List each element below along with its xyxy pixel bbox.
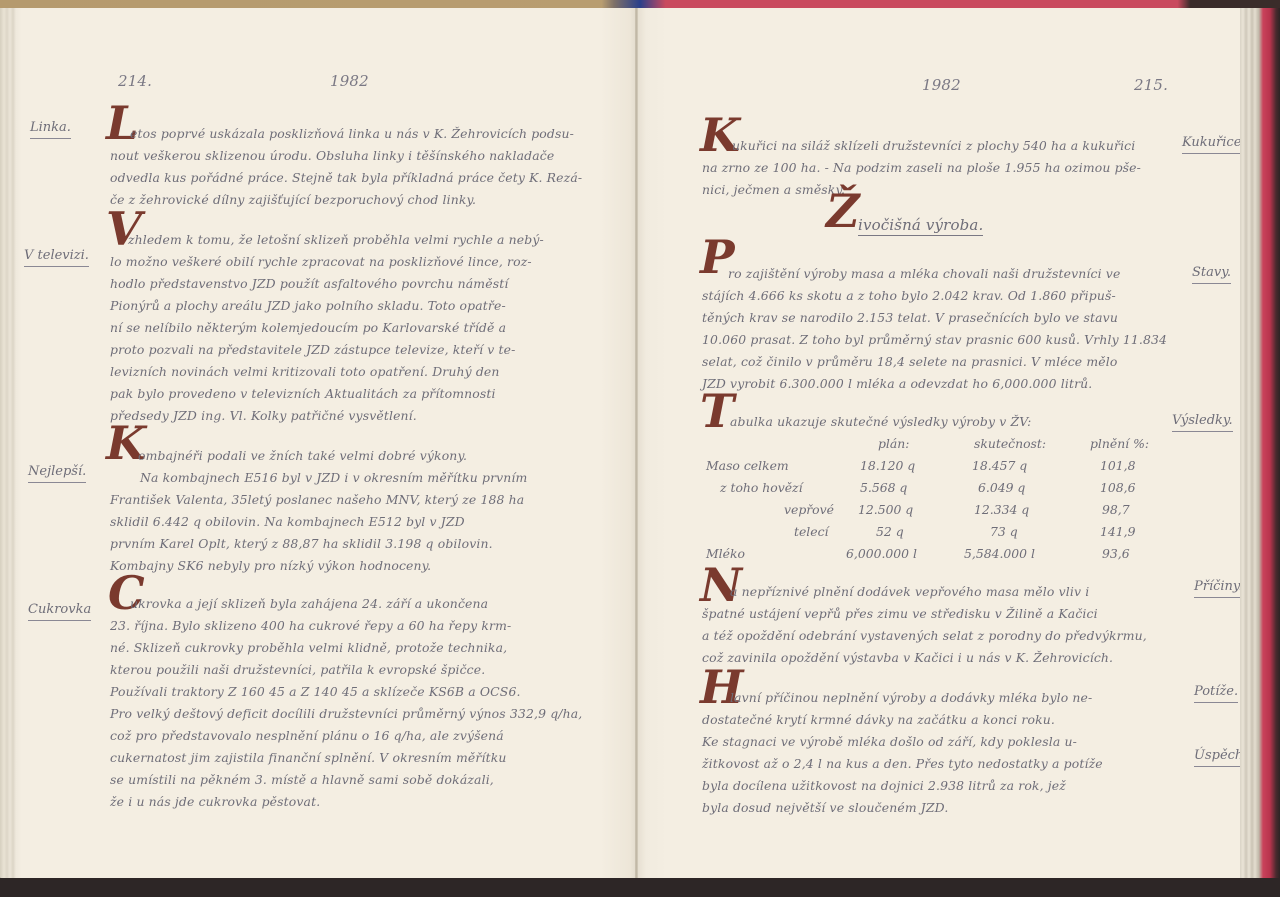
text-line: dostatečné krytí krmné dávky na začátku …	[702, 714, 1055, 726]
page-number-left: 214.	[118, 74, 152, 89]
text-line: ukrovka a její sklizeň byla zahájena 24.…	[130, 598, 488, 610]
table-cell-plan: 52 q	[876, 524, 904, 539]
text-line: hodlo představenstvo JZD použít asfaltov…	[110, 278, 508, 290]
table-row-label: Maso celkem	[706, 458, 789, 473]
table-header-actual: skutečnost:	[974, 436, 1046, 451]
section-heading-zivocisna-vyroba: ivočišná výroba.	[858, 218, 983, 236]
page-number-right: 215.	[1134, 78, 1168, 93]
text-line: nici, ječmen a směsky.	[702, 184, 845, 196]
text-line: Na kombajnech E516 byl v JZD i v okresní…	[140, 472, 527, 484]
text-line: 23. října. Bylo sklizeno 400 ha cukrové …	[110, 620, 511, 632]
text-line: etos poprvé uskázala posklizňová linka u…	[130, 128, 574, 140]
text-line: žitkovost až o 2,4 l na kus a den. Přes …	[702, 758, 1103, 770]
left-page: 214. 1982 Linka. V televizi. Nejlepší. C…	[0, 8, 635, 881]
table-row-label: z toho hovězí	[720, 480, 803, 495]
text-line: odvedla kus pořádné práce. Stejně tak by…	[110, 172, 582, 184]
text-line: kterou použili naši družstevníci, patřil…	[110, 664, 485, 676]
text-line: né. Sklizeň cukrovky proběhla velmi klid…	[110, 642, 507, 654]
table-cell-plan: 5.568 q	[860, 480, 907, 495]
text-line: če z žehrovické dílny zajišťující bezpor…	[110, 194, 476, 206]
text-line: špatné ustájení vepřů přes zimu ve střed…	[702, 608, 1098, 620]
text-line: což zavinila opoždění výstavba v Kačici …	[702, 652, 1113, 664]
margin-note-cukrovka: Cukrovka	[28, 602, 91, 621]
margin-note-linka: Linka.	[30, 120, 71, 139]
book-page-edges	[1240, 8, 1280, 888]
table-row-label: telecí	[794, 524, 829, 539]
text-line: proto pozvali na představitele JZD zástu…	[110, 344, 516, 356]
text-line: zhledem k tomu, že letošní sklizeň probě…	[128, 234, 544, 246]
text-line: a nepříznivé plnění dodávek vepřového ma…	[730, 586, 1089, 598]
text-line: stájích 4.666 ks skotu a z toho bylo 2.0…	[702, 290, 1116, 302]
text-line: selat, což činilo v průměru 18,4 selete …	[702, 356, 1117, 368]
table-cell-percent: 98,7	[1102, 502, 1130, 517]
margin-note-stavy: Stavy.	[1192, 265, 1231, 284]
margin-note-nejlepsi: Nejlepší.	[28, 464, 86, 483]
text-line: těných krav se narodilo 2.153 telat. V p…	[702, 312, 1118, 324]
text-line: Kombajny SK6 nebyly pro nízký výkon hodn…	[110, 560, 431, 572]
table-cell-percent: 108,6	[1100, 480, 1135, 495]
text-line: a též opoždění odebrání vystavených sela…	[702, 630, 1147, 642]
year-right: 1982	[922, 78, 961, 93]
text-line: pak bylo provedeno v televizních Aktuali…	[110, 388, 496, 400]
text-line: že i u nás jde cukrovka pěstovat.	[110, 796, 320, 808]
margin-note-kukurice: Kukuřice.	[1182, 135, 1246, 154]
table-surface	[0, 878, 1280, 897]
text-line: JZD vyrobit 6.300.000 l mléka a odevzdat…	[702, 378, 1092, 390]
table-row-label: vepřové	[784, 502, 834, 517]
margin-note-vysledky: Výsledky.	[1172, 413, 1233, 432]
table-cell-actual: 6.049 q	[978, 480, 1025, 495]
text-line: byla docílena užitkovost na dojnici 2.93…	[702, 780, 1066, 792]
table-cell-actual: 12.334 q	[974, 502, 1029, 517]
text-line: ro zajištění výroby masa a mléka chovali…	[728, 268, 1120, 280]
text-line: Používali traktory Z 160 45 a Z 140 45 a…	[110, 686, 521, 698]
table-cell-actual: 73 q	[990, 524, 1018, 539]
table-header-percent: plnění %:	[1090, 436, 1149, 451]
table-cell-percent: 141,9	[1100, 524, 1135, 539]
table-header-plan: plán:	[878, 436, 909, 451]
text-line: ní se nelíbilo některým kolemjedoucím po…	[110, 322, 506, 334]
text-line: Pro velký deštový deficit docílili družs…	[110, 708, 582, 720]
table-cell-plan: 18.120 q	[860, 458, 915, 473]
right-page: 1982 215. Kukuřice. Stavy. Výsledky. Pří…	[638, 8, 1242, 881]
text-line: lo možno veškeré obilí rychle zpracovat …	[110, 256, 532, 268]
text-line: což pro představovalo nesplnění plánu o …	[110, 730, 504, 742]
table-cell-percent: 93,6	[1102, 546, 1130, 561]
text-line: ombajnéři podali ve žních také velmi dob…	[138, 450, 467, 462]
margin-note-priciny: Příčiny.	[1194, 579, 1243, 598]
text-line: 10.060 prasat. Z toho byl průměrný stav …	[702, 334, 1167, 346]
text-line: levizních novinách velmi kritizovali tot…	[110, 366, 500, 378]
text-line: lavní příčinou neplnění výroby a dodávky…	[730, 692, 1092, 704]
text-line: předsedy JZD ing. Vl. Kolky patřičné vys…	[110, 410, 417, 422]
text-line: cukernatost jim zajistila finanční splně…	[110, 752, 507, 764]
text-line: prvním Karel Oplt, který z 88,87 ha skli…	[110, 538, 493, 550]
margin-note-potize: Potíže.	[1194, 684, 1238, 703]
table-cell-actual: 18.457 q	[972, 458, 1027, 473]
text-line: na zrno ze 100 ha. - Na podzim zaseli na…	[702, 162, 1141, 174]
text-line: Pionýrů a plochy areálu JZD jako polního…	[110, 300, 506, 312]
table-cell-actual: 5,584.000 l	[964, 546, 1035, 561]
text-line: nout veškerou sklizenou úrodu. Obsluha l…	[110, 150, 554, 162]
table-cell-percent: 101,8	[1100, 458, 1135, 473]
heading-drop-cap-z: Ž	[826, 188, 860, 234]
text-line: se umístili na pěkném 3. místě a hlavně …	[110, 774, 494, 786]
text-line: František Valenta, 35letý poslanec našeh…	[110, 494, 524, 506]
text-line: byla dosud největší ve sloučeném JZD.	[702, 802, 948, 814]
table-cell-plan: 12.500 q	[858, 502, 913, 517]
margin-note-v-televizi: V televizi.	[24, 248, 89, 267]
table-cell-plan: 6,000.000 l	[846, 546, 917, 561]
text-line: sklidil 6.442 q obilovin. Na kombajnech …	[110, 516, 465, 528]
text-line: Ke stagnaci ve výrobě mléka došlo od zář…	[702, 736, 1077, 748]
text-line: ukuřici na siláž sklízeli družstevníci z…	[732, 140, 1135, 152]
text-line: abulka ukazuje skutečné výsledky výroby …	[730, 416, 1031, 428]
year-left: 1982	[330, 74, 369, 89]
